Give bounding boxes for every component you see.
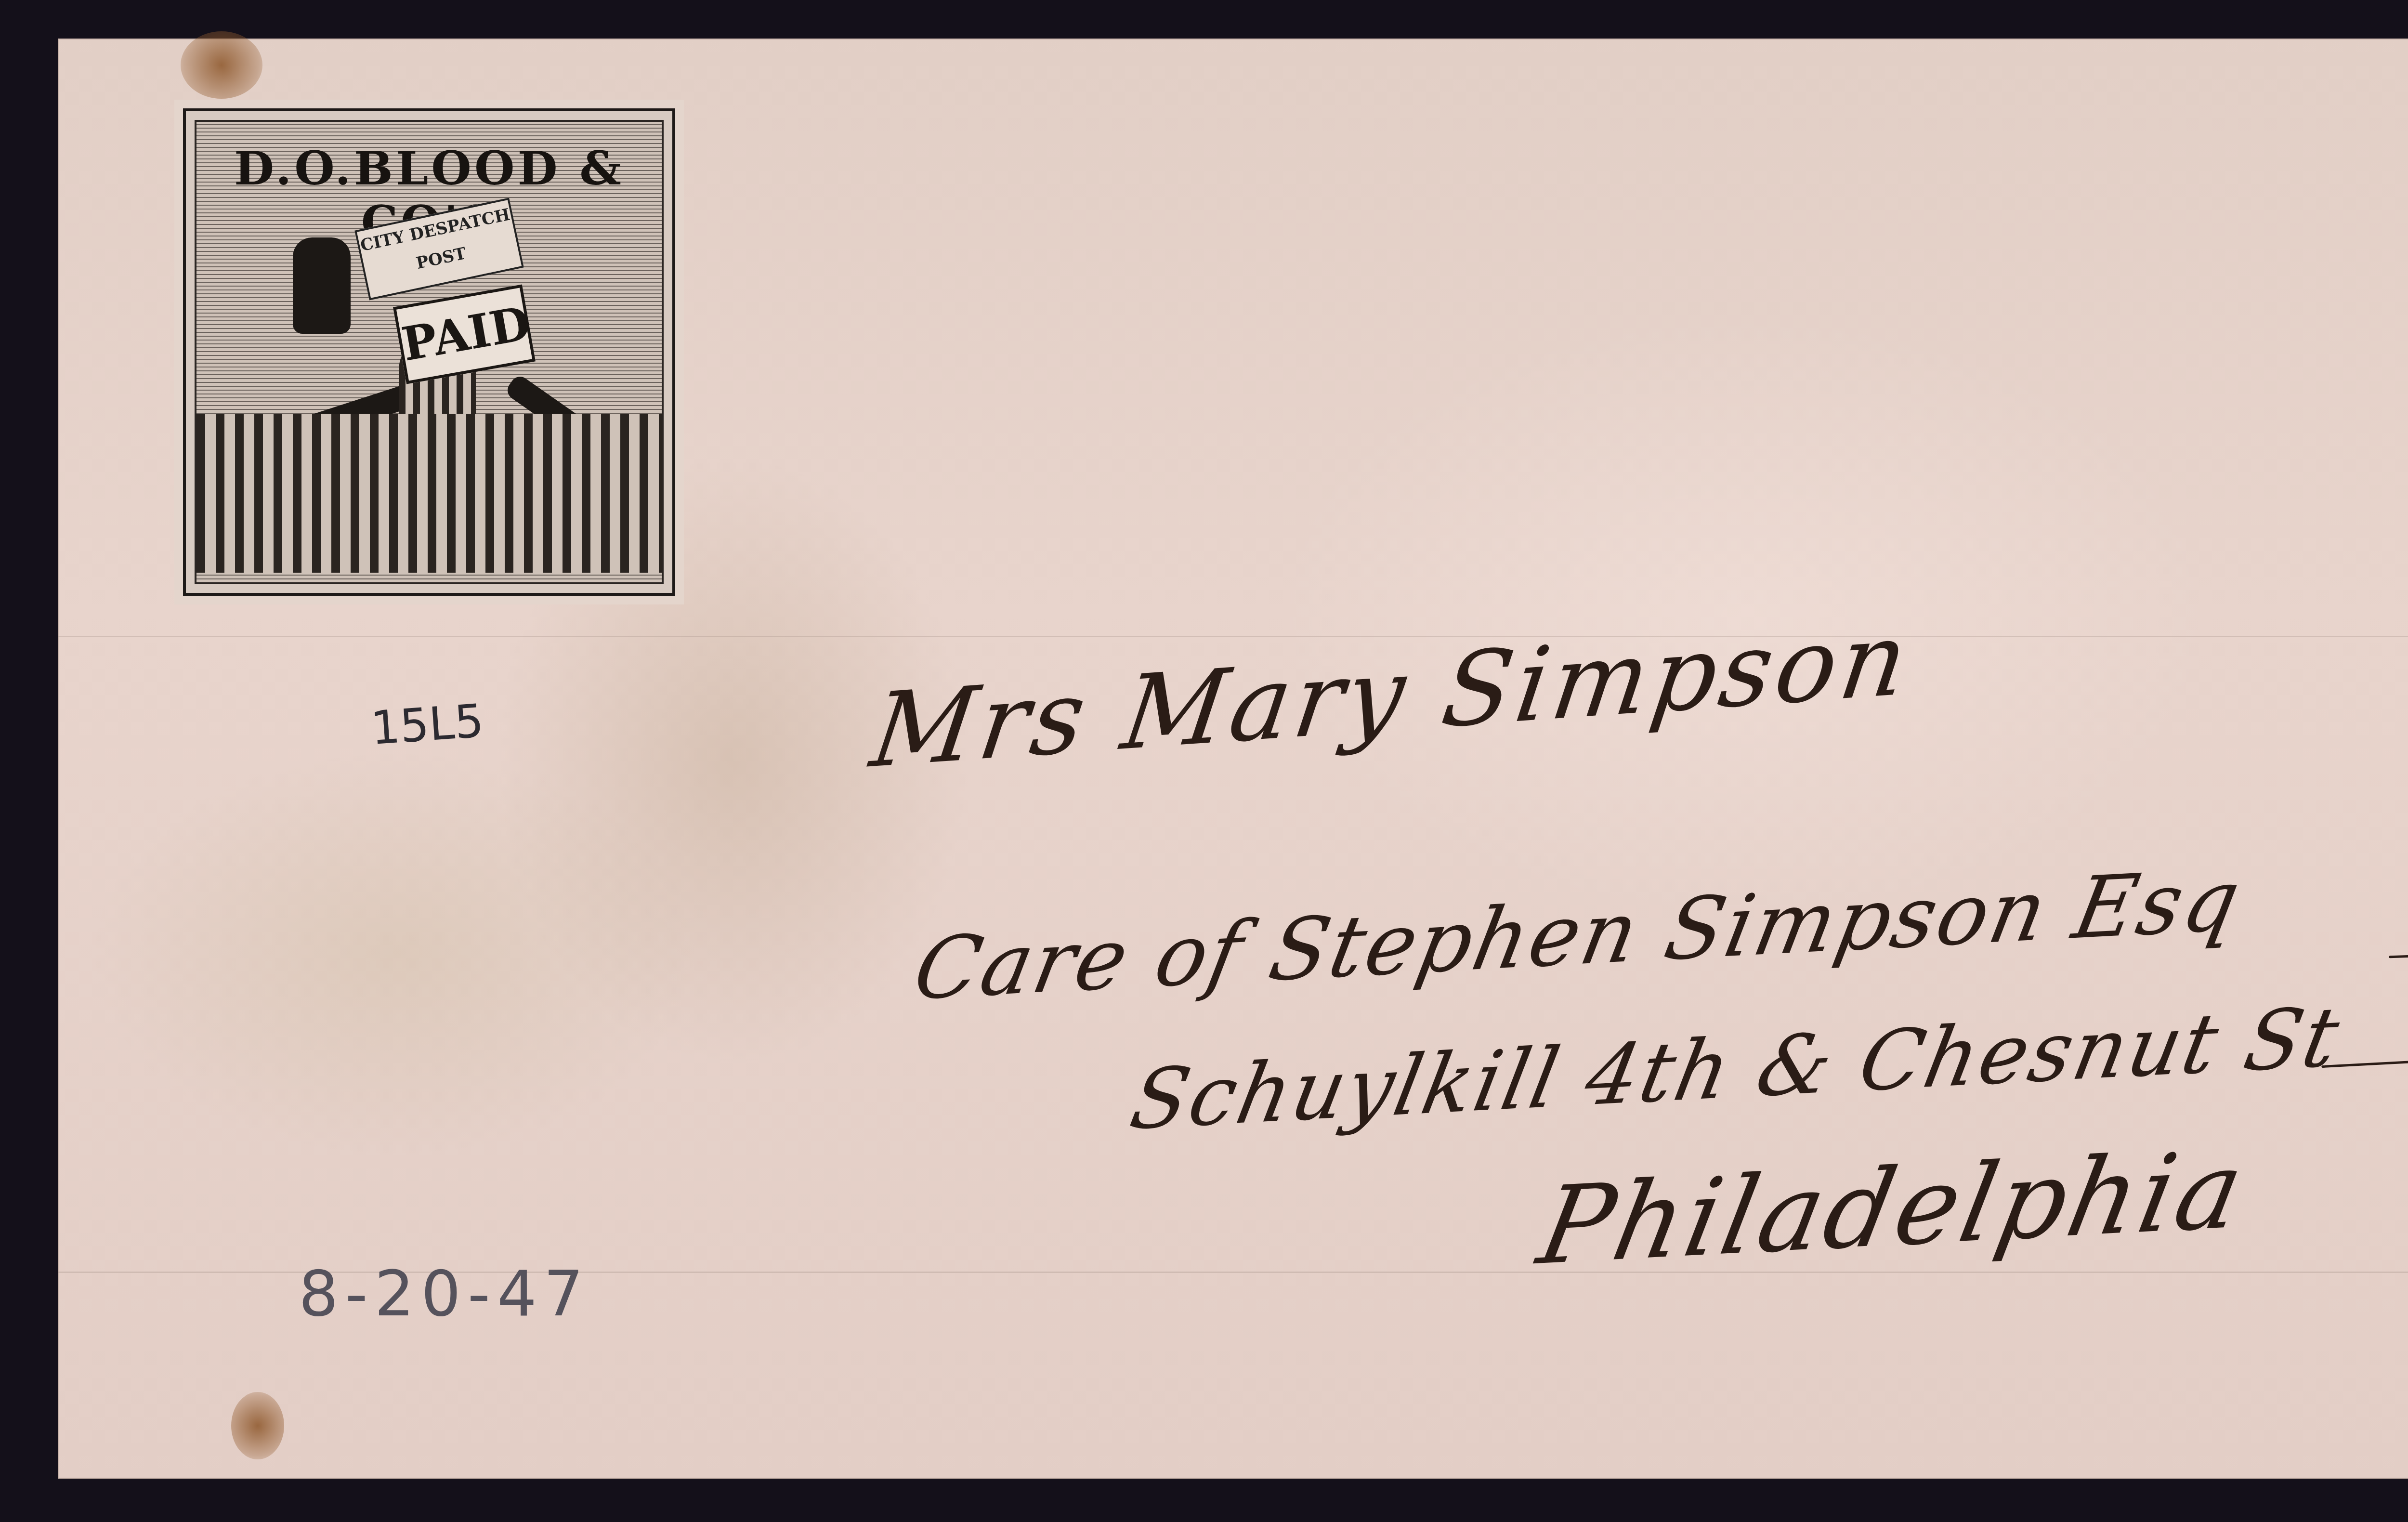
paid-label: PAID (393, 285, 536, 384)
address-street: Schuylkill 4th & Chesnut St (1123, 989, 2348, 1149)
letter-cover: D.O.BLOOD & CO'S CITY DESPATCH POST PAID… (58, 39, 2408, 1479)
underline-flourish (2389, 947, 2408, 958)
rust-stain-bottom (231, 1392, 284, 1459)
pencil-catalog-number: 15L5 (369, 695, 485, 755)
addressee-name: Mrs Mary Simpson (864, 599, 1918, 791)
address-city: Philadelphia (1530, 1127, 2255, 1288)
fold-crease (58, 636, 2408, 637)
building-colonnade-icon (196, 414, 662, 573)
blood-local-post-stamp: D.O.BLOOD & CO'S CITY DESPATCH POST PAID (183, 108, 675, 596)
rust-stain-top (181, 31, 262, 99)
stamp-engraving: D.O.BLOOD & CO'S CITY DESPATCH POST PAID (195, 120, 664, 584)
postman-figure-icon (293, 237, 351, 334)
address-care-of: Care of Stephen Simpson Esq (906, 851, 2249, 1019)
pencil-date: 8-20-47 (299, 1257, 590, 1330)
